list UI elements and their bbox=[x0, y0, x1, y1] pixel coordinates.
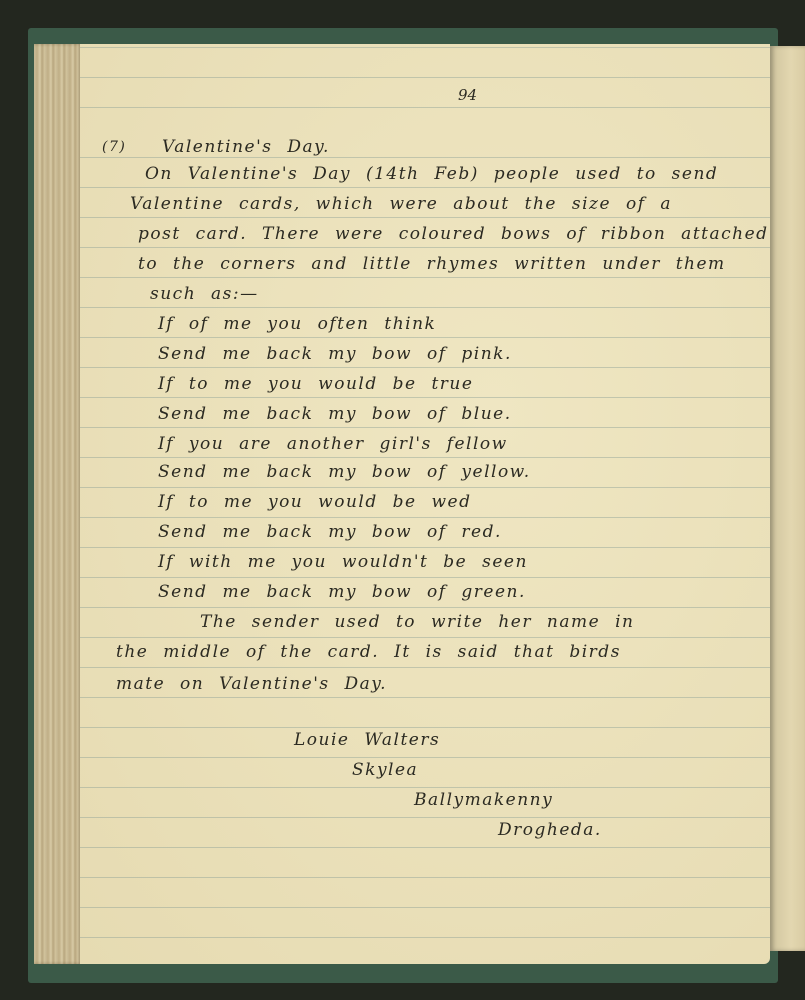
page-number: 94 bbox=[458, 86, 477, 104]
rhyme-line: Send me back my bow of pink. bbox=[158, 344, 512, 364]
signature-address-1: Skylea bbox=[352, 760, 418, 780]
page-edge-right bbox=[770, 46, 805, 951]
rhyme-line: If to me you would be wed bbox=[158, 492, 471, 512]
body-line: to the corners and little rhymes written… bbox=[138, 254, 726, 274]
rhyme-line: If you are another girl's fellow bbox=[158, 434, 508, 454]
signature-address-3: Drogheda. bbox=[498, 820, 602, 840]
rhyme-line: If to me you would be true bbox=[158, 374, 473, 394]
rhyme-line: Send me back my bow of blue. bbox=[158, 404, 512, 424]
rhyme-line: Send me back my bow of green. bbox=[158, 582, 526, 602]
closing-line: The sender used to write her name in bbox=[200, 612, 634, 632]
notebook-page: 94 (7) Valentine's Day. On Valentine's D… bbox=[80, 44, 770, 964]
section-number: (7) bbox=[102, 139, 126, 155]
body-line: Valentine cards, which were about the si… bbox=[130, 194, 672, 214]
signature-name: Louie Walters bbox=[294, 730, 440, 750]
closing-line: the middle of the card. It is said that … bbox=[116, 642, 621, 662]
body-line: On Valentine's Day (14th Feb) people use… bbox=[145, 164, 718, 184]
rhyme-line: If with me you wouldn't be seen bbox=[158, 552, 528, 572]
closing-line: mate on Valentine's Day. bbox=[116, 674, 387, 694]
body-line: such as:— bbox=[150, 284, 259, 304]
section-title: Valentine's Day. bbox=[162, 137, 330, 157]
signature-address-2: Ballymakenny bbox=[414, 790, 553, 810]
rhyme-line: Send me back my bow of red. bbox=[158, 522, 502, 542]
body-line: post card. There were coloured bows of r… bbox=[138, 224, 769, 244]
rhyme-line: Send me back my bow of yellow. bbox=[158, 462, 531, 482]
page-edges-left bbox=[34, 44, 82, 964]
rhyme-line: If of me you often think bbox=[158, 314, 436, 334]
